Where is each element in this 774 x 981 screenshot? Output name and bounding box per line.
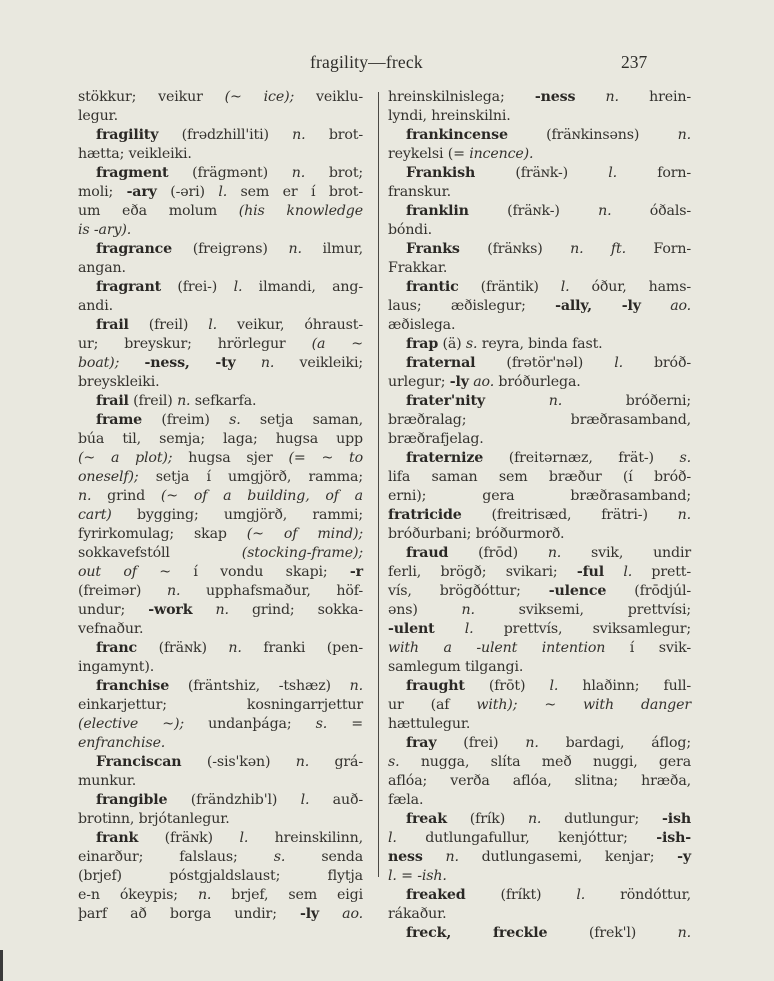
definition-text: franki (pen- <box>242 640 363 656</box>
definition-text: svik, undir <box>561 545 691 561</box>
headword: -ish- <box>656 830 691 846</box>
dictionary-line: breyskleiki. <box>78 373 363 392</box>
dictionary-line: s. nugga, slíta með nuggi, gera <box>388 753 691 772</box>
dictionary-line: n. grind (~ of a building, of a <box>78 487 363 506</box>
definition-text: (frətör'nəl) <box>475 355 614 371</box>
headword: fraught <box>406 678 465 694</box>
italic-text: s. <box>316 716 328 732</box>
definition-text: forn- <box>617 165 691 181</box>
dictionary-line: franskur. <box>388 183 691 202</box>
definition-text: (ä) <box>438 336 466 352</box>
definition-text: andi. <box>78 298 113 314</box>
definition-text: veikleiki; <box>274 355 363 371</box>
dictionary-line: freaked (fríkt) l. röndóttur, <box>388 886 691 905</box>
italic-text: n. <box>606 89 619 105</box>
definition-text: (brjef) póstgjaldslaust; flytja <box>78 868 363 884</box>
italic-text: n. <box>678 127 691 143</box>
left-column: stökkur; veikur (~ ice); veiklu-legur.fr… <box>78 88 363 924</box>
dictionary-line: lifa saman sem bræður (í bróð- <box>388 468 691 487</box>
italic-text: n. <box>678 507 691 523</box>
italic-text: n. <box>78 488 91 504</box>
definition-text: (frei-) <box>161 279 234 295</box>
italic-text: l. <box>208 317 217 333</box>
italic-text: n. ft. <box>570 241 626 257</box>
italic-text: n. <box>462 602 475 618</box>
definition-text: Forn- <box>626 241 691 257</box>
definition-text <box>517 697 544 713</box>
definition-text: röndóttur, <box>585 887 691 903</box>
definition-text: þarf að borga undir; <box>78 906 300 922</box>
definition-text <box>423 849 446 865</box>
dictionary-line: frap (ä) s. reyra, binda fast. <box>388 335 691 354</box>
definition-text: ur; breyskur; hrörlegur <box>78 336 312 352</box>
italic-text: l. <box>576 887 585 903</box>
headword: fraternize <box>406 450 483 466</box>
dictionary-line: erni); gera bræðrasamband; <box>388 487 691 506</box>
definition-text: æðislega. <box>388 317 455 333</box>
italic-text: ao. <box>473 374 494 390</box>
headword: -ish <box>662 811 691 827</box>
headword: franklin <box>406 203 469 219</box>
definition-text: (fräɴk-) <box>469 203 598 219</box>
definition-text: einarður; falslaus; <box>78 849 274 865</box>
dictionary-line: oneself); setja í umgjörð, ramma; <box>78 468 363 487</box>
italic-text: ~ with danger <box>544 697 691 713</box>
dictionary-line: frame (freim) s. setja saman, <box>78 411 363 430</box>
italic-text: l. <box>623 564 632 580</box>
dictionary-line: with a -ulent intention í svik- <box>388 639 691 658</box>
definition-text: veiklu- <box>294 89 363 105</box>
italic-text: (~ ice); <box>225 89 294 105</box>
italic-text: n. <box>548 545 561 561</box>
headword: -ary <box>127 184 157 200</box>
definition-text: ferli, brögð; svikari; <box>388 564 577 580</box>
definition-text: (freitərnæz, frät-) <box>483 450 679 466</box>
italic-text: n. <box>288 241 301 257</box>
definition-text: munkur. <box>78 773 136 789</box>
definition-text: (freim) <box>142 412 229 428</box>
definition-text: hugsa sjer <box>172 450 288 466</box>
dictionary-line: fyrirkomulag; skap (~ of mind); <box>78 525 363 544</box>
headword: fragrant <box>96 279 161 295</box>
definition-text: hlaðinn; full- <box>558 678 691 694</box>
dictionary-line: fraught (frōt) l. hlaðinn; full- <box>388 677 691 696</box>
definition-text: (frek'l) <box>547 925 677 941</box>
definition-text: fyrirkomulag; skap <box>78 526 247 542</box>
dictionary-line: frater'nity n. bróðerni; <box>388 392 691 411</box>
italic-text: (stocking-frame); <box>242 545 363 561</box>
definition-text: sviksemi, prettvísi; <box>475 602 691 618</box>
definition-text: aflóa; verða aflóa, slitna; hræða, <box>388 773 691 789</box>
italic-text: s. <box>388 754 400 770</box>
italic-text: -ish. <box>417 868 447 884</box>
dictionary-line: moli; -ary (-əri) l. sem er í brot- <box>78 183 363 202</box>
definition-text: grá- <box>309 754 363 770</box>
definition-text: (-sis'kən) <box>181 754 295 770</box>
dictionary-line: ingamynt). <box>78 658 363 677</box>
definition-text: bróðurlega. <box>494 374 581 390</box>
definition-text: rákaður. <box>388 906 447 922</box>
dictionary-line: l. = -ish. <box>388 867 691 886</box>
italic-text: l. <box>388 868 397 884</box>
column-divider <box>378 92 379 877</box>
headword: frater'nity <box>406 393 485 409</box>
dictionary-line: ness n. dutlungasemi, kenjar; -y <box>388 848 691 867</box>
definition-text: (frändzhib'l) <box>167 792 300 808</box>
headword: -ally, -ly <box>555 298 641 314</box>
dictionary-line: cart) bygging; umgjörð, rammi; <box>78 506 363 525</box>
dictionary-line: fragrant (frei-) l. ilmandi, ang- <box>78 278 363 297</box>
italic-text: n. <box>177 393 190 409</box>
headword: Franciscan <box>96 754 181 770</box>
italic-text: l. <box>239 830 248 846</box>
italic-text: ao. <box>670 298 691 314</box>
dictionary-line: einkarjettur; kosningarrjettur <box>78 696 363 715</box>
dictionary-line: franc (fräɴk) n. franki (pen- <box>78 639 363 658</box>
italic-text: n. <box>528 811 541 827</box>
italic-text: l. <box>218 184 227 200</box>
headword: franchise <box>96 678 169 694</box>
definition-text <box>575 89 605 105</box>
definition-text: vefnaður. <box>78 621 143 637</box>
dictionary-line: hætta; veikleiki. <box>78 145 363 164</box>
dictionary-line: (elective ~); undanþága; s. = <box>78 715 363 734</box>
definition-text: undur; <box>78 602 148 618</box>
italic-text: l. <box>465 621 474 637</box>
headword: frail <box>96 317 129 333</box>
headword: frangible <box>96 792 167 808</box>
italic-text: boat); <box>78 355 119 371</box>
definition-text: erni); gera bræðrasamband; <box>388 488 691 504</box>
definition-text: (frōt) <box>465 678 550 694</box>
dictionary-line: fraud (frōd) n. svik, undir <box>388 544 691 563</box>
dictionary-line: lyndi, hreinskilni. <box>388 107 691 126</box>
dictionary-line: hættulegur. <box>388 715 691 734</box>
definition-text: reykelsi (= <box>388 146 469 162</box>
definition-text: dutlungasemi, kenjar; <box>459 849 677 865</box>
headword: frank <box>96 830 138 846</box>
definition-text: bardagi, áflog; <box>539 735 691 751</box>
definition-text: brjef, sem eigi <box>211 887 363 903</box>
headword: -ulence <box>549 583 607 599</box>
definition-text: veikur, óhraust- <box>217 317 363 333</box>
italic-text: oneself); <box>78 469 139 485</box>
italic-text: n. <box>350 678 363 694</box>
definition-text: hættulegur. <box>388 716 470 732</box>
italic-text: with); <box>476 697 517 713</box>
dictionary-line: bræðralag; bræðrasamband, <box>388 411 691 430</box>
definition-text: undanþága; <box>184 716 316 732</box>
definition-text: hreinskilinn, <box>248 830 363 846</box>
definition-text: bræðrafjelag. <box>388 431 484 447</box>
definition-text: (fräntik) <box>459 279 561 295</box>
dictionary-line: enfranchise. <box>78 734 363 753</box>
definition-text: əns) <box>388 602 462 618</box>
definition-text: reyra, binda fast. <box>477 336 602 352</box>
definition-text: hrein- <box>619 89 691 105</box>
dictionary-line: undur; -work n. grind; sokka- <box>78 601 363 620</box>
dictionary-line: um eða molum (his knowledge <box>78 202 363 221</box>
definition-text: prett- <box>632 564 691 580</box>
headword: -ly <box>300 906 319 922</box>
headword: frap <box>406 336 438 352</box>
definition-text <box>485 393 549 409</box>
dictionary-line: Frakkar. <box>388 259 691 278</box>
italic-text: n. <box>678 925 691 941</box>
italic-text: ao. <box>342 906 363 922</box>
dictionary-line: out of ~ í vondu skapi; -r <box>78 563 363 582</box>
definition-text: hreinskilnislega; <box>388 89 535 105</box>
definition-text: (freitrisæd, frätri-) <box>462 507 678 523</box>
definition-text <box>435 621 465 637</box>
headword: fraud <box>406 545 448 561</box>
dictionary-line: Franciscan (-sis'kən) n. grá- <box>78 753 363 772</box>
dictionary-line: laus; æðislegur; -ally, -ly ao. <box>388 297 691 316</box>
page-edge-shadow <box>0 950 3 981</box>
definition-text: lyndi, hreinskilni. <box>388 108 511 124</box>
dictionary-line: boat); -ness, -ty n. veikleiki; <box>78 354 363 373</box>
definition-text: = <box>397 868 417 884</box>
dictionary-line: munkur. <box>78 772 363 791</box>
dictionary-line: (brjef) póstgjaldslaust; flytja <box>78 867 363 886</box>
definition-text: (fräɴkinsəns) <box>508 127 678 143</box>
dictionary-line: sokkavefstóll (stocking-frame); <box>78 544 363 563</box>
definition-text <box>319 906 342 922</box>
dictionary-line: fæla. <box>388 791 691 810</box>
headword: frankincense <box>406 127 508 143</box>
dictionary-line: vefnaður. <box>78 620 363 639</box>
definition-text: breyskleiki. <box>78 374 159 390</box>
dictionary-line: urlegur; -ly ao. bróðurlega. <box>388 373 691 392</box>
dictionary-line: þarf að borga undir; -ly ao. <box>78 905 363 924</box>
definition-text: (frədzhill'iti) <box>158 127 292 143</box>
italic-text: out of ~ <box>78 564 171 580</box>
dictionary-line: búa til, semja; laga; hugsa upp <box>78 430 363 449</box>
italic-text: l. <box>549 678 558 694</box>
headword: fragility <box>96 127 158 143</box>
definition-text: (freimər) <box>78 583 167 599</box>
definition-text: ilmur, <box>302 241 363 257</box>
dictionary-line: aflóa; verða aflóa, slitna; hræða, <box>388 772 691 791</box>
italic-text: n. <box>228 640 241 656</box>
definition-text: (frík) <box>447 811 528 827</box>
dictionary-line: franchise (fräntshiz, -tshæz) n. <box>78 677 363 696</box>
definition-text: (freigrəns) <box>172 241 288 257</box>
definition-text: urlegur; <box>388 374 450 390</box>
italic-text: n. <box>445 849 458 865</box>
dictionary-line: -ulent l. prettvís, sviksamlegur; <box>388 620 691 639</box>
dictionary-line: frank (fräɴk) l. hreinskilinn, <box>78 829 363 848</box>
page-number: 237 <box>621 52 647 73</box>
italic-text: l. <box>388 830 397 846</box>
dictionary-line: franklin (fräɴk-) n. óðals- <box>388 202 691 221</box>
dictionary-line: brotinn, brjótanlegur. <box>78 810 363 829</box>
definition-text: bróð- <box>623 355 691 371</box>
italic-text: (elective ~); <box>78 716 184 732</box>
italic-text: n. <box>296 754 309 770</box>
definition-text: (fräɴk) <box>137 640 228 656</box>
headword: fragrance <box>96 241 172 257</box>
definition-text: Frakkar. <box>388 260 447 276</box>
definition-text: stökkur; veikur <box>78 89 225 105</box>
italic-text: s. <box>466 336 478 352</box>
definition-text: brotinn, brjótanlegur. <box>78 811 230 827</box>
dictionary-line: Franks (fräɴks) n. ft. Forn- <box>388 240 691 259</box>
italic-text: s. <box>274 849 286 865</box>
definition-text: (fríkt) <box>466 887 577 903</box>
headword: freak <box>406 811 447 827</box>
headword: -r <box>350 564 363 580</box>
dictionary-line: stökkur; veikur (~ ice); veiklu- <box>78 88 363 107</box>
dictionary-line: frangible (frändzhib'l) l. auð- <box>78 791 363 810</box>
dictionary-line: andi. <box>78 297 363 316</box>
headword: frail <box>96 393 129 409</box>
headword: freck, freckle <box>406 925 547 941</box>
definition-text: bróðerni; <box>562 393 691 409</box>
definition-text: lifa saman sem bræður (í bróð- <box>388 469 691 485</box>
headword: fraternal <box>406 355 475 371</box>
dictionary-line: legur. <box>78 107 363 126</box>
definition-text: sem er í brot- <box>227 184 363 200</box>
dictionary-line: fragility (frədzhill'iti) n. brot- <box>78 126 363 145</box>
dictionary-line: æðislega. <box>388 316 691 335</box>
dictionary-line: frail (freil) l. veikur, óhraust- <box>78 316 363 335</box>
definition-text: grind; sokka- <box>229 602 363 618</box>
definition-text: = <box>327 716 363 732</box>
italic-text: n. <box>292 165 305 181</box>
definition-text: (fräɴk) <box>138 830 239 846</box>
definition-text: bygging; umgjörð, rammi; <box>112 507 363 523</box>
italic-text: l. <box>614 355 623 371</box>
italic-text: l. <box>561 279 570 295</box>
definition-text: dutlungur; <box>541 811 662 827</box>
dictionary-line: frail (freil) n. sefkarfa. <box>78 392 363 411</box>
dictionary-line: bóndi. <box>388 221 691 240</box>
italic-text: (a ~ <box>312 336 363 352</box>
definition-text: (freil) <box>129 393 177 409</box>
headword: franc <box>96 640 137 656</box>
definition-text: bræðralag; bræðrasamband, <box>388 412 691 428</box>
definition-text: angan. <box>78 260 126 276</box>
dictionary-line: (~ a plot); hugsa sjer (= ~ to <box>78 449 363 468</box>
italic-text: (= ~ to <box>289 450 363 466</box>
italic-text: l. <box>301 792 310 808</box>
dictionary-line: Frankish (fräɴk-) l. forn- <box>388 164 691 183</box>
definition-text: um eða molum <box>78 203 239 219</box>
definition-text: ur (af <box>388 697 476 713</box>
definition-text: samlegum tilgangi. <box>388 659 523 675</box>
dictionary-line: əns) n. sviksemi, prettvísi; <box>388 601 691 620</box>
italic-text: incence). <box>469 146 533 162</box>
page-header: fragility—freck 237 <box>0 52 774 76</box>
definition-text: auð- <box>309 792 363 808</box>
italic-text: n. <box>525 735 538 751</box>
italic-text: cart) <box>78 507 112 523</box>
headword: -ulent <box>388 621 435 637</box>
italic-text: enfranchise. <box>78 735 165 751</box>
headword: -ful <box>577 564 604 580</box>
dictionary-line: e-n ókeypis; n. brjef, sem eigi <box>78 886 363 905</box>
dictionary-line: is -ary). <box>78 221 363 240</box>
italic-text: (~ of mind); <box>247 526 363 542</box>
definition-text: (-əri) <box>157 184 219 200</box>
headword: Frankish <box>406 165 475 181</box>
definition-text: hætta; veikleiki. <box>78 146 192 162</box>
headword: -ly <box>450 374 469 390</box>
definition-text: (frōdjúl- <box>606 583 691 599</box>
definition-text: sokkavefstóll <box>78 545 242 561</box>
dictionary-line: vís, brögðóttur; -ulence (frōdjúl- <box>388 582 691 601</box>
italic-text: (~ of a building, of a <box>161 488 363 504</box>
headword: -work <box>148 602 192 618</box>
definition-text: setja saman, <box>241 412 363 428</box>
italic-text: n. <box>549 393 562 409</box>
italic-text: (~ a plot); <box>78 450 172 466</box>
dictionary-line: frantic (fräntik) l. óður, hams- <box>388 278 691 297</box>
definition-text: brot; <box>305 165 363 181</box>
running-head: fragility—freck <box>310 52 423 73</box>
italic-text: n. <box>198 887 211 903</box>
definition-text: setja í umgjörð, ramma; <box>139 469 363 485</box>
dictionary-line: ferli, brögð; svikari; -ful l. prett- <box>388 563 691 582</box>
dictionary-line: fratricide (freitrisæd, frätri-) n. <box>388 506 691 525</box>
dictionary-line: reykelsi (= incence). <box>388 145 691 164</box>
definition-text: (fräntshiz, -tshæz) <box>169 678 350 694</box>
headword: -y <box>677 849 691 865</box>
italic-text: (his knowledge <box>239 203 363 219</box>
headword: ness <box>388 849 423 865</box>
dictionary-line: bræðrafjelag. <box>388 430 691 449</box>
headword: -ness <box>535 89 575 105</box>
headword: fratricide <box>388 507 462 523</box>
headword: -ness, -ty <box>144 355 235 371</box>
definition-text: nugga, slíta með nuggi, gera <box>400 754 692 770</box>
definition-text: búa til, semja; laga; hugsa upp <box>78 431 363 447</box>
definition-text: fæla. <box>388 792 423 808</box>
italic-text: n. <box>216 602 229 618</box>
definition-text: í vondu skapi; <box>171 564 350 580</box>
definition-text: bróðurbani; bróðurmorð. <box>388 526 564 542</box>
italic-text: is -ary). <box>78 222 131 238</box>
italic-text: n. <box>598 203 611 219</box>
definition-text: (freil) <box>129 317 208 333</box>
definition-text: vís, brögðóttur; <box>388 583 549 599</box>
definition-text: brot- <box>306 127 363 143</box>
definition-text: (frōd) <box>448 545 548 561</box>
definition-text: dutlungafullur, kenjóttur; <box>397 830 657 846</box>
headword: freaked <box>406 887 466 903</box>
definition-text: sefkarfa. <box>190 393 256 409</box>
dictionary-line: fragment (frägmənt) n. brot; <box>78 164 363 183</box>
definition-text: bóndi. <box>388 222 432 238</box>
definition-text <box>192 602 215 618</box>
definition-text: ilmandi, ang- <box>242 279 363 295</box>
definition-text: einkarjettur; kosningarrjettur <box>78 697 363 713</box>
headword: fragment <box>96 165 168 181</box>
definition-text: (frägmənt) <box>168 165 291 181</box>
italic-text: n. <box>167 583 180 599</box>
right-column: hreinskilnislega; -ness n. hrein-lyndi, … <box>388 88 691 943</box>
definition-text: óðals- <box>611 203 691 219</box>
headword: fray <box>406 735 436 751</box>
definition-text: moli; <box>78 184 127 200</box>
definition-text: senda <box>285 849 363 865</box>
headword: frame <box>96 412 142 428</box>
dictionary-line: ur; breyskur; hrörlegur (a ~ <box>78 335 363 354</box>
dictionary-line: hreinskilnislega; -ness n. hrein- <box>388 88 691 107</box>
dictionary-line: samlegum tilgangi. <box>388 658 691 677</box>
definition-text: ingamynt). <box>78 659 154 675</box>
